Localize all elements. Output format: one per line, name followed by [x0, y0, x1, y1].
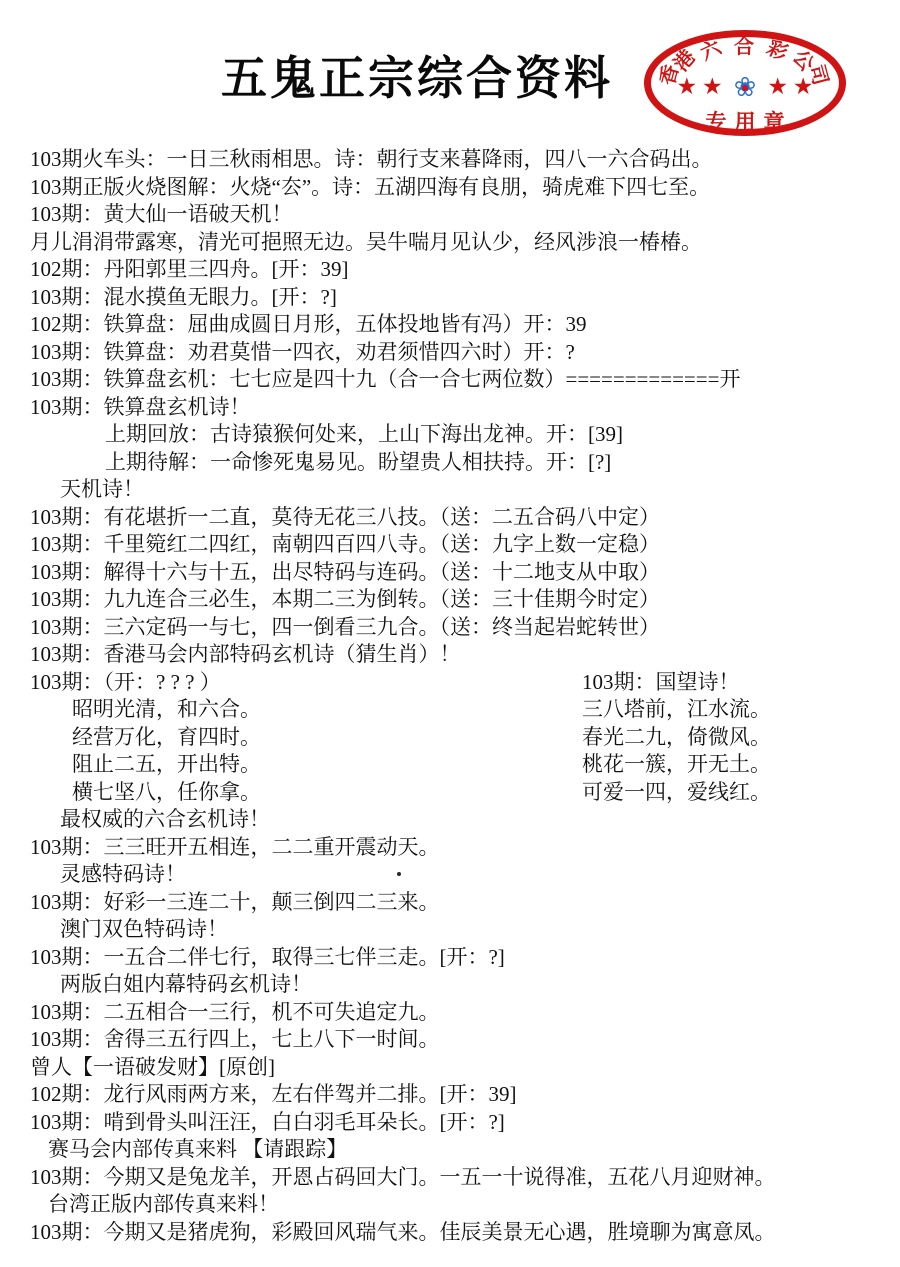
line-text: 经营万化，育四时。 — [72, 725, 261, 749]
line-text: 103期：啃到骨头叫汪汪，白白羽毛耳朵长。[开：?] — [30, 1110, 505, 1134]
text-line: 103期：今期又是猪虎狗，彩殿回风瑞气来。佳辰美景无心遇，胜境聊为寓意凤。 — [0, 1219, 900, 1247]
text-line: 横七坚八，任你拿。可爱一四，爱线红。 — [0, 779, 900, 807]
line-text: 103期：三六定码一与七，四一倒看三九合。（送：终当起岩蛇转世） — [30, 615, 660, 639]
text-line: 103期：舍得三五行四上，七上八下一时间。 — [0, 1026, 900, 1054]
text-line: 曾人【一语破发财】[原创] — [0, 1054, 900, 1082]
line-text: 上期待解：一命惨死鬼易见。盼望贵人相扶持。开：[?] — [105, 450, 611, 474]
line-text: 103期：今期又是兔龙羊，开恩占码回大门。一五一十说得准，五花八月迎财神。 — [30, 1165, 776, 1189]
line-text-right-column: 三八塔前，江水流。 — [582, 696, 771, 724]
line-text-right-column: 春光二九，倚微风。 — [582, 724, 771, 752]
text-line: 上期待解：一命惨死鬼易见。盼望贵人相扶持。开：[?] — [0, 449, 900, 477]
line-text: 103期：黄大仙一语破天机！ — [30, 202, 293, 226]
line-text: 102期：丹阳郭里三四舟。[开：39] — [30, 257, 349, 281]
hk-lottery-stamp: 香港六合彩公司 ★★ ❀ ★★ 专用章 — [644, 30, 846, 136]
line-text: 阻止二五，开出特。 — [72, 752, 261, 776]
text-line: 月儿涓涓带露寒，清光可挹照无边。吴牛喘月见认少，经风涉浪一椿椿。 — [0, 229, 900, 257]
line-text: 103期：铁算盘玄机诗！ — [30, 395, 251, 419]
line-text: 横七坚八，任你拿。 — [72, 780, 261, 804]
page-title: 五鬼正宗综合资料 — [221, 42, 613, 108]
text-line: 103期：铁算盘玄机：七七应是四十九（合一合七两位数）=============… — [0, 366, 900, 394]
star-icons-right: ★★ — [762, 76, 818, 99]
line-text: 天机诗！ — [60, 477, 144, 501]
line-text: 103期：二五相合一三行，机不可失追定九。 — [30, 1000, 440, 1024]
line-text-right-column: 桃花一簇，开无土。 — [582, 751, 771, 779]
bauhinia-flower-icon: ❀ — [734, 76, 757, 99]
text-line: 102期：龙行风雨两方来，左右伴驾并二排。[开：39] — [0, 1081, 900, 1109]
text-line: 灵感特码诗！ — [0, 861, 900, 889]
text-line: 103期：九九连合三必生，本期二三为倒转。（送：三十佳期今时定） — [0, 586, 900, 614]
text-line: 经营万化，育四时。春光二九，倚微风。 — [0, 724, 900, 752]
text-line: 天机诗！ — [0, 476, 900, 504]
line-text: 103期：三三旺开五相连，二二重开震动天。 — [30, 835, 440, 859]
text-line: 103期：千里箢红二四红，南朝四百四八寺。（送：九字上数一定稳） — [0, 531, 900, 559]
text-line: 阻止二五，开出特。桃花一簇，开无土。 — [0, 751, 900, 779]
text-line: 103期：三六定码一与七，四一倒看三九合。（送：终当起岩蛇转世） — [0, 614, 900, 642]
line-text: 103期：有花堪折一二直，莫待无花三八技。（送：二五合码八中定） — [30, 505, 660, 529]
line-text: 月儿涓涓带露寒，清光可挹照无边。吴牛喘月见认少，经风涉浪一椿椿。 — [30, 230, 702, 254]
line-text: 灵感特码诗！ — [60, 862, 186, 886]
ink-speck-artifact — [397, 872, 401, 876]
line-text: 103期：香港马会内部特码玄机诗（猜生肖）！ — [30, 642, 461, 666]
text-line: 102期：铁算盘：屈曲成圆日月形，五体投地皆有冯）开：39 — [0, 311, 900, 339]
line-text: 103期：千里箢红二四红，南朝四百四八寺。（送：九字上数一定稳） — [30, 532, 660, 556]
line-text: 103期：一五合二伴七行，取得三七伴三走。[开：?] — [30, 945, 505, 969]
text-line: 上期回放：古诗猿猴何处来，上山下海出龙神。开：[39] — [0, 421, 900, 449]
stamp-stars-row: ★★ ❀ ★★ — [651, 76, 839, 99]
stamp-bottom-label: 专用章 — [651, 106, 839, 136]
stamp-arc-char: 彩 — [762, 36, 791, 65]
text-line: 103期正版火烧图解：火烧“厺”。诗：五湖四海有良朋，骑虎难下四七至。 — [0, 174, 900, 202]
line-text: 赛马会内部传真来料 【请跟踪】 — [48, 1137, 347, 1161]
stamp-arc-char: 六 — [697, 36, 726, 65]
text-line: 103期：二五相合一三行，机不可失追定九。 — [0, 999, 900, 1027]
text-line: 103期：三三旺开五相连，二二重开震动天。 — [0, 834, 900, 862]
line-text: 上期回放：古诗猿猴何处来，上山下海出龙神。开：[39] — [105, 422, 623, 446]
line-text: 103期：今期又是猪虎狗，彩殿回风瑞气来。佳辰美景无心遇，胜境聊为寓意凤。 — [30, 1220, 776, 1244]
line-text: 103期：舍得三五行四上，七上八下一时间。 — [30, 1027, 440, 1051]
line-text: 102期：龙行风雨两方来，左右伴驾并二排。[开：39] — [30, 1082, 517, 1106]
line-text: 两版白姐内幕特码玄机诗！ — [60, 972, 312, 996]
line-text: 103期：好彩一三连二十，颠三倒四二三来。 — [30, 890, 440, 914]
line-text: 103期正版火烧图解：火烧“厺”。诗：五湖四海有良朋，骑虎难下四七至。 — [30, 175, 710, 199]
line-text-right-column: 103期：国望诗！ — [582, 669, 740, 697]
line-text: 103期：铁算盘：劝君莫惜一四衣，劝君须惜四六时）开：? — [30, 340, 575, 364]
line-text: 103期：混水摸鱼无眼力。[开：?] — [30, 285, 337, 309]
text-line: 两版白姐内幕特码玄机诗！ — [0, 971, 900, 999]
star-icons-left: ★★ — [671, 76, 727, 99]
line-text: 最权威的六合玄机诗！ — [60, 807, 270, 831]
line-text: 曾人【一语破发财】[原创] — [30, 1055, 275, 1079]
line-text: 102期：铁算盘：屈曲成圆日月形，五体投地皆有冯）开：39 — [30, 312, 587, 336]
line-text: 昭明光清，和六合。 — [72, 697, 261, 721]
text-line: 103期：解得十六与十五，出尽特码与连码。（送：十二地支从中取） — [0, 559, 900, 587]
text-line: 103期：混水摸鱼无眼力。[开：?] — [0, 284, 900, 312]
line-text: 103期火车头：一日三秋雨相思。诗：朝行支来暮降雨，四八一六合码出。 — [30, 147, 713, 171]
stamp-arc-char: 合 — [733, 36, 755, 58]
page-root: 五鬼正宗综合资料 香港六合彩公司 ★★ ❀ ★★ 专用章 103期火车头：一日三… — [0, 0, 900, 1267]
text-line: 103期：铁算盘玄机诗！ — [0, 394, 900, 422]
body-text: 103期火车头：一日三秋雨相思。诗：朝行支来暮降雨，四八一六合码出。103期正版… — [0, 146, 900, 1246]
text-line: 103期火车头：一日三秋雨相思。诗：朝行支来暮降雨，四八一六合码出。 — [0, 146, 900, 174]
text-line: 102期：丹阳郭里三四舟。[开：39] — [0, 256, 900, 284]
text-line: 103期：铁算盘：劝君莫惜一四衣，劝君须惜四六时）开：? — [0, 339, 900, 367]
line-text: 103期：（开：? ? ? ） — [30, 670, 221, 694]
text-line: 昭明光清，和六合。三八塔前，江水流。 — [0, 696, 900, 724]
text-line: 103期：黄大仙一语破天机！ — [0, 201, 900, 229]
text-line: 最权威的六合玄机诗！ — [0, 806, 900, 834]
line-text: 103期：铁算盘玄机：七七应是四十九（合一合七两位数）=============… — [30, 367, 740, 391]
line-text: 103期：九九连合三必生，本期二三为倒转。（送：三十佳期今时定） — [30, 587, 660, 611]
text-line: 103期：好彩一三连二十，颠三倒四二三来。 — [0, 889, 900, 917]
text-line: 103期：一五合二伴七行，取得三七伴三走。[开：?] — [0, 944, 900, 972]
text-line: 赛马会内部传真来料 【请跟踪】 — [0, 1136, 900, 1164]
text-line: 103期：（开：? ? ? ）103期：国望诗！ — [0, 669, 900, 697]
text-line: 103期：啃到骨头叫汪汪，白白羽毛耳朵长。[开：?] — [0, 1109, 900, 1137]
text-line: 103期：有花堪折一二直，莫待无花三八技。（送：二五合码八中定） — [0, 504, 900, 532]
line-text: 台湾正版内部传真来料！ — [48, 1192, 279, 1216]
text-line: 澳门双色特码诗！ — [0, 916, 900, 944]
line-text-right-column: 可爱一四，爱线红。 — [582, 779, 771, 807]
text-line: 103期：香港马会内部特码玄机诗（猜生肖）！ — [0, 641, 900, 669]
text-line: 103期：今期又是兔龙羊，开恩占码回大门。一五一十说得准，五花八月迎财神。 — [0, 1164, 900, 1192]
line-text: 澳门双色特码诗！ — [60, 917, 228, 941]
line-text: 103期：解得十六与十五，出尽特码与连码。（送：十二地支从中取） — [30, 560, 660, 584]
text-line: 台湾正版内部传真来料！ — [0, 1191, 900, 1219]
